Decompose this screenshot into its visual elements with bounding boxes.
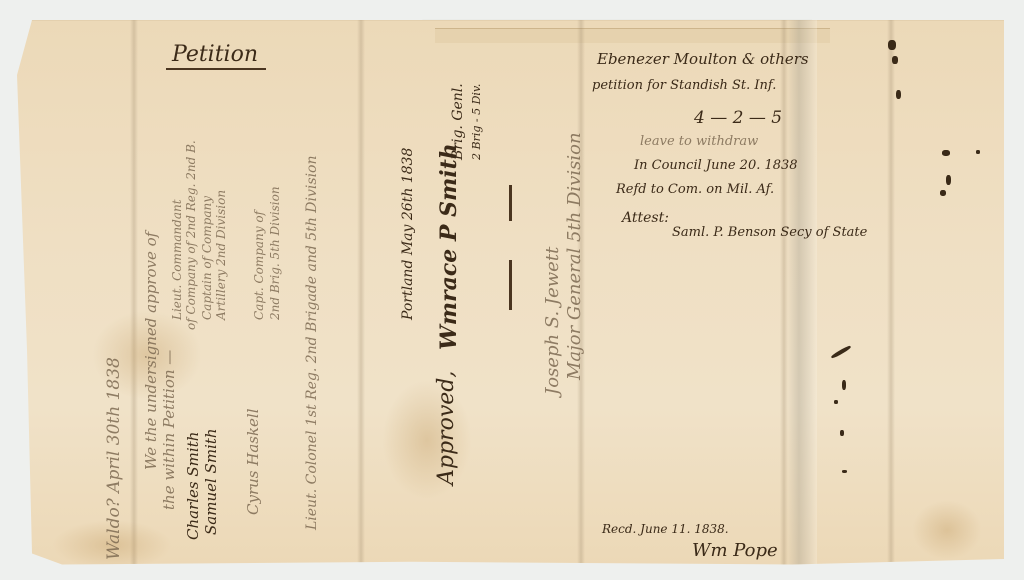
body-line: We the undersigned approve of [142, 232, 160, 470]
body-line: Lieut. Commandant [170, 199, 184, 320]
ink-spot [840, 430, 844, 436]
attest-signature: Saml. P. Benson Secy of State [672, 225, 867, 240]
received-line: Recd. June 11. 1838. [602, 522, 729, 536]
attest-label: Attest: [622, 210, 669, 226]
date-line: Waldo? April 30th 1838 [104, 357, 124, 560]
approver-title: Brig. Genl. [450, 83, 466, 160]
file-number: 4 — 2 — 5 [694, 108, 782, 128]
fold-line [357, 20, 365, 570]
body-line: of Company of 2nd Reg. 2nd B. [184, 140, 198, 330]
place-date: Portland May 26th 1838 [400, 148, 416, 320]
ink-spot [892, 56, 898, 64]
docket-line-4: In Council June 20. 1838 [634, 158, 798, 173]
ink-spot [842, 380, 846, 390]
docket-line-3: leave to withdraw [640, 134, 758, 149]
body-line: Capt. Company of [252, 211, 266, 320]
torn-top-flap [435, 28, 830, 43]
fold-shadow [787, 20, 817, 570]
petition-heading: Petition [172, 42, 258, 67]
docket-line-2: petition for Standish St. Inf. [592, 78, 776, 93]
second-title: Major General 5th Division [564, 132, 585, 380]
body-line: Artillery 2nd Division [214, 190, 228, 320]
heading-underline [166, 68, 266, 70]
ink-spot [976, 150, 980, 154]
ink-spot [834, 400, 838, 404]
docket-line-1: Ebenezer Moulton & others [597, 50, 809, 68]
flourish-stroke [509, 260, 512, 310]
ink-spot [940, 190, 946, 196]
approver-signature: Wmrace P Smith [436, 143, 462, 350]
signature-charles-smith: Charles Smith [184, 432, 202, 540]
docket-line-5: Refd to Com. on Mil. Af. [616, 182, 774, 197]
fold-line [887, 20, 895, 570]
ink-spot [946, 175, 951, 185]
body-line: 2nd Brig. 5th Division [268, 186, 282, 320]
body-line: Captain of Company [200, 196, 214, 320]
body-line: Lieut. Colonel 1st Reg. 2nd Brigade and … [304, 155, 320, 530]
petition-document: Petition Waldo? April 30th 1838 We the u… [12, 20, 1012, 570]
ink-spot [830, 345, 851, 359]
received-signature: Wm Pope [692, 540, 778, 561]
second-signature: Joseph S. Jewett [542, 247, 563, 395]
ink-spot [842, 470, 847, 473]
signature-cyrus-haskell: Cyrus Haskell [244, 408, 262, 515]
water-stain [912, 500, 982, 560]
signature-samuel-smith: Samuel Smith [202, 428, 220, 535]
ink-spot [896, 90, 901, 99]
ink-spot [888, 40, 896, 50]
fold-line [130, 20, 138, 570]
approved-label: Approved, [434, 371, 459, 485]
body-line: the within Petition — [160, 350, 178, 510]
flourish-stroke [509, 185, 512, 221]
approver-unit: 2 Brig - 5 Div. [470, 84, 483, 160]
ink-spot [942, 150, 950, 156]
